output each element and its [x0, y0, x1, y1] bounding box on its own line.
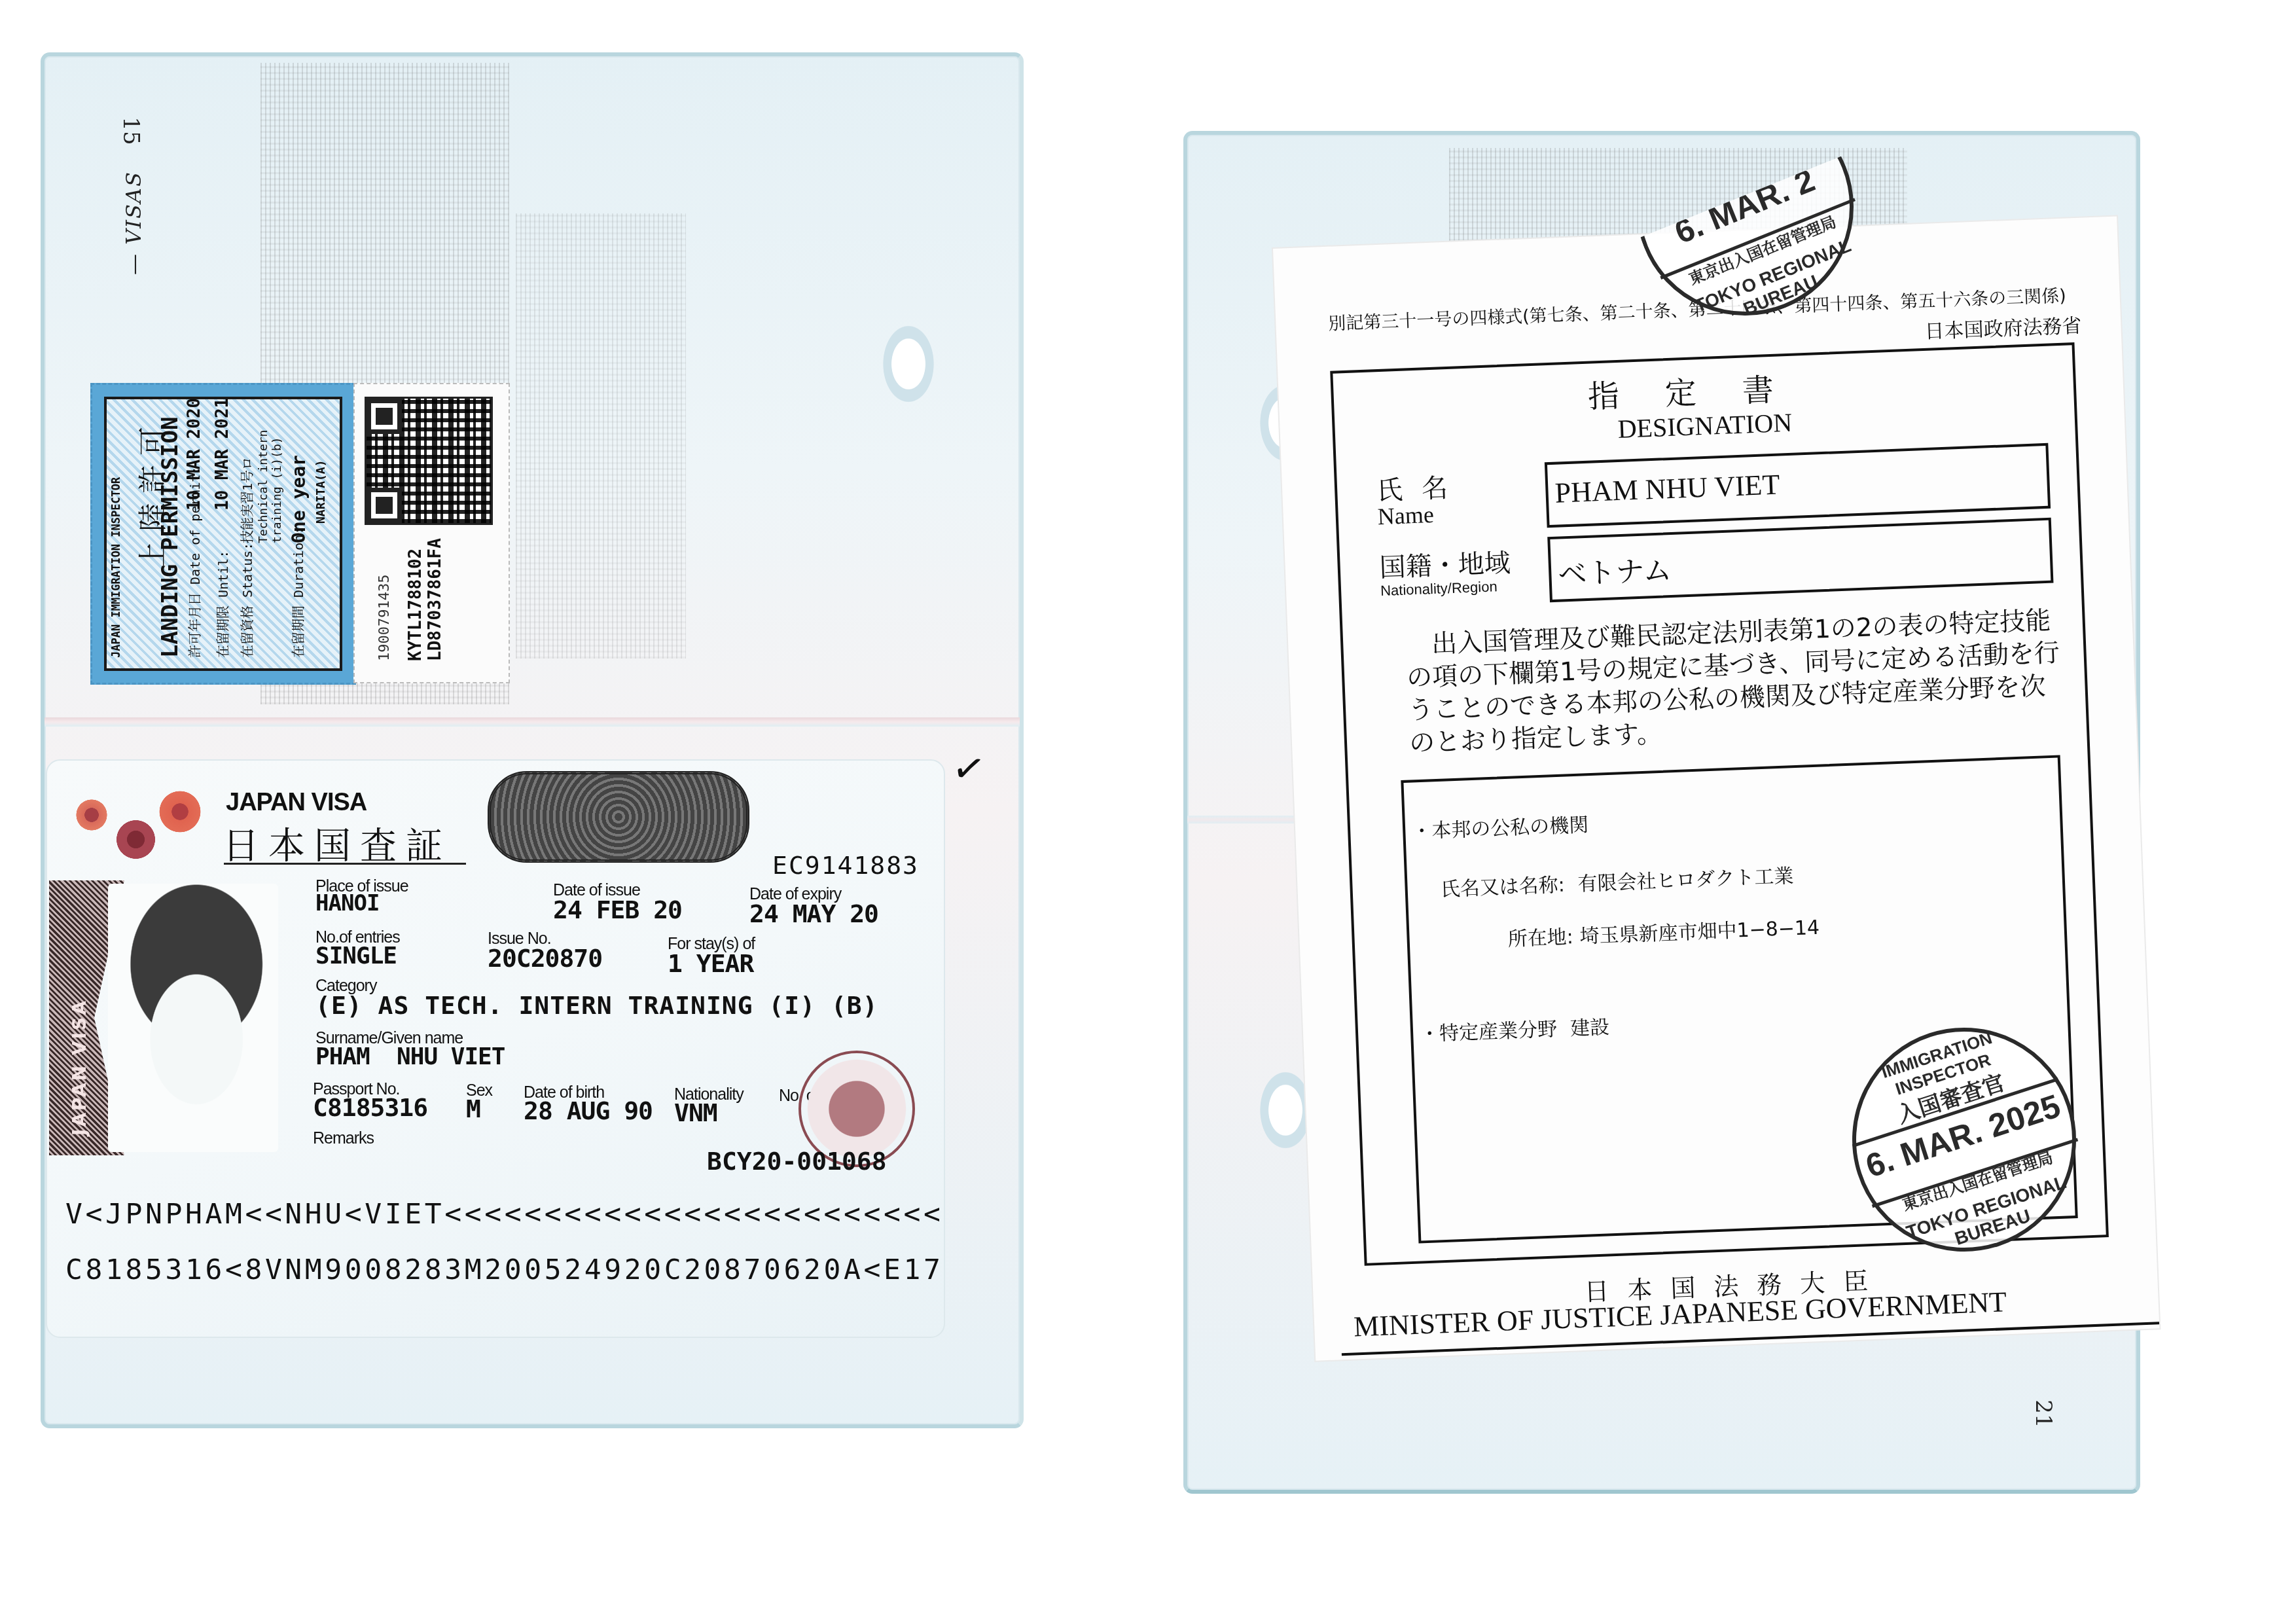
port-of-entry: NARITA(A): [314, 460, 328, 524]
stamp-serial: 1900791435: [376, 575, 393, 661]
title-underline: [224, 863, 466, 865]
qr-code: [367, 399, 491, 523]
page-fold: [45, 717, 1020, 727]
remarks-label: Remarks: [313, 1129, 374, 1148]
holder-photo: [108, 884, 278, 1152]
organization-heading: ・本邦の公私の機関: [1411, 808, 1588, 844]
place-of-issue: HANOI: [315, 890, 379, 916]
duration-value: One year: [288, 455, 310, 543]
until-label: 在留期限 Until:: [213, 550, 232, 658]
sex-value: M: [466, 1094, 480, 1123]
org-name-label: 氏名又は名称:: [1440, 869, 1566, 902]
date-of-issue: 24 FEB 20: [553, 895, 682, 924]
section-label: — VISAS: [121, 171, 146, 275]
duration-label: 在留期間 Duration:: [288, 527, 307, 658]
landing-title-en: LANDING PERMISSION: [157, 417, 183, 658]
cherry-blossom-icon: [72, 795, 111, 835]
name-label-en: Name: [1377, 501, 1435, 530]
stamp-code-2: LD87037861FA: [425, 538, 445, 661]
security-print-pattern: [516, 213, 686, 659]
name-value: PHAM NHU VIET: [1545, 443, 2051, 528]
passport-no: C8185316: [313, 1093, 427, 1122]
page-number: 15: [118, 117, 144, 145]
industry-value: 建設: [1570, 1011, 1610, 1041]
nationality-label-en: Nationality/Region: [1380, 578, 1498, 600]
page-number: 21: [2030, 1399, 2056, 1428]
photo-band-text: JAPAN VISA: [69, 999, 90, 1136]
control-number: BCY20-001068: [707, 1147, 887, 1176]
nationality-value: VNM: [674, 1098, 717, 1127]
status-label: 在留資格 Status:: [237, 543, 256, 658]
hologram: [488, 771, 749, 863]
org-address: 埼玉県新座市畑中1−8−14: [1579, 911, 1820, 949]
status-en: Technical intern training (i)(b): [257, 412, 284, 543]
until-date: 10 MAR 2021: [213, 398, 232, 511]
date-of-expiry: 24 MAY 20: [749, 899, 878, 928]
cherry-blossom-icon: [111, 815, 160, 864]
stay-value: 1 YEAR: [668, 949, 753, 978]
issue-no: 20C20870: [488, 944, 602, 973]
date-of-permit: 10 MAR 2020: [185, 398, 204, 511]
nationality-value: ベトナム: [1547, 518, 2053, 602]
visa-number: EC9141883: [772, 851, 919, 880]
mrz-line-2: C8185316<8VNM9008283M200524920C20870620A…: [65, 1254, 943, 1286]
cherry-blossom-icon: [154, 785, 206, 838]
photo-frame: JAPAN VISA: [49, 880, 272, 1155]
stamp-code-1: KYTL1788102: [406, 549, 425, 661]
visa-title: JAPAN VISA: [226, 789, 367, 817]
inspector-label: JAPAN IMMIGRATION INSPECTOR: [110, 477, 123, 658]
dob-value: 28 AUG 90: [524, 1096, 653, 1125]
floral-watermark: [869, 305, 948, 423]
ministry-name: 日本国政府法務省: [1924, 310, 2083, 344]
category-value: (E) AS TECH. INTERN TRAINING (I) (B): [315, 991, 878, 1020]
org-name: 有限会社ヒロダクト工業: [1577, 859, 1794, 897]
holder-name: PHAM NHU VIET: [315, 1043, 505, 1070]
visa-title-jp: 日本国査証: [223, 817, 452, 869]
org-address-label: 所在地:: [1507, 920, 1574, 952]
mrz-line-1: V<JPNPHAM<<NHU<VIET<<<<<<<<<<<<<<<<<<<<<…: [65, 1198, 943, 1231]
status-jp: 技能実習1号ロ: [237, 457, 256, 543]
designation-statement: 出入国管理及び難民認定法別表第1の2の表の特定技能の項の下欄第1号の規定に基づき…: [1405, 604, 2064, 760]
entries-value: SINGLE: [315, 943, 397, 969]
industry-label: ・特定産業分野: [1419, 1013, 1558, 1047]
